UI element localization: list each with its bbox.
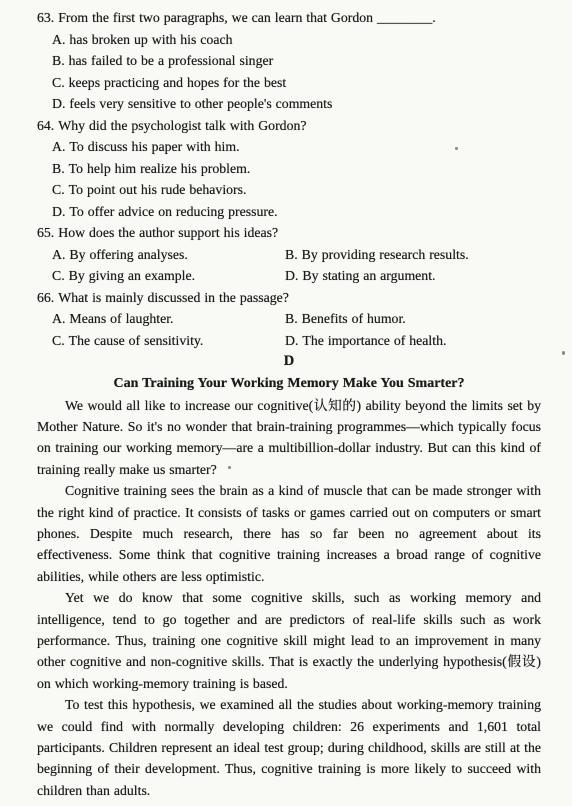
passage-paragraph: We would all like to increase our cognit… [37, 395, 541, 481]
answer-option: B.To help him realize his problem. [37, 158, 541, 180]
option-text: By providing research results. [302, 247, 469, 262]
question-block: 64.Why did the psychologist talk with Go… [37, 115, 541, 223]
question-stem-line: 63.From the first two paragraphs, we can… [37, 7, 541, 29]
question-block: 65.How does the author support his ideas… [37, 222, 541, 287]
option-text: To discuss his paper with him. [69, 139, 239, 154]
question-number: 66. [37, 290, 54, 305]
option-letter: D. [285, 268, 298, 283]
option-letter: A. [52, 139, 65, 154]
question-number: 63. [37, 10, 54, 25]
answer-option: D.The importance of health. [285, 330, 541, 352]
question-stem-line: 64.Why did the psychologist talk with Go… [37, 115, 541, 137]
question-stem-text: From the first two paragraphs, we can le… [58, 10, 435, 25]
option-text: To help him realize his problem. [69, 161, 251, 176]
question-stem-text: How does the author support his ideas? [58, 225, 278, 240]
option-letter: A. [52, 32, 65, 47]
option-letter: B. [52, 161, 65, 176]
answer-option: C.To point out his rude behaviors. [37, 179, 541, 201]
option-letter: B. [285, 247, 298, 262]
passage-title: Can Training Your Working Memory Make Yo… [37, 373, 541, 395]
option-text: feels very sensitive to other people's c… [69, 96, 332, 111]
option-letter: B. [285, 311, 298, 326]
question-stem-text: What is mainly discussed in the passage? [58, 290, 289, 305]
passage-paragraph: Cognitive training sees the brain as a k… [37, 480, 541, 587]
exam-page-scan: 63.From the first two paragraphs, we can… [0, 0, 572, 806]
question-stem-line: 66.What is mainly discussed in the passa… [37, 287, 541, 309]
passage-paragraph: Yet we do know that some cognitive skill… [37, 587, 541, 694]
option-text: The importance of health. [302, 333, 446, 348]
answer-options-grid: A.Means of laughter.B.Benefits of humor.… [37, 308, 541, 351]
answer-option: B.By providing research results. [285, 244, 541, 266]
option-text: Means of laughter. [69, 311, 173, 326]
option-letter: D. [52, 96, 65, 111]
option-text: By stating an argument. [302, 268, 435, 283]
question-number: 64. [37, 118, 54, 133]
page-content: 63.From the first two paragraphs, we can… [0, 0, 572, 801]
answer-option: A.To discuss his paper with him. [37, 136, 541, 158]
question-stem-line: 65.How does the author support his ideas… [37, 222, 541, 244]
question-block: 63.From the first two paragraphs, we can… [37, 7, 541, 115]
passage-section-label: D [37, 351, 541, 373]
option-letter: D. [285, 333, 298, 348]
passage-body: We would all like to increase our cognit… [37, 395, 541, 802]
option-letter: C. [52, 182, 65, 197]
option-text: By offering analyses. [69, 247, 187, 262]
answer-option: D.By stating an argument. [285, 265, 541, 287]
option-text: To point out his rude behaviors. [69, 182, 247, 197]
answer-option: D.feels very sensitive to other people's… [37, 93, 541, 115]
option-letter: A. [52, 247, 65, 262]
option-text: The cause of sensitivity. [69, 333, 204, 348]
option-text: has broken up with his coach [69, 32, 232, 47]
passage-paragraph: To test this hypothesis, we examined all… [37, 694, 541, 801]
answer-option: C.keeps practicing and hopes for the bes… [37, 72, 541, 94]
option-letter: C. [52, 268, 65, 283]
answer-option: B.Benefits of humor. [285, 308, 541, 330]
option-letter: A. [52, 311, 65, 326]
answer-option: A.By offering analyses. [52, 244, 285, 266]
option-text: Benefits of humor. [302, 311, 406, 326]
answer-options-grid: A.By offering analyses.B.By providing re… [37, 244, 541, 287]
option-letter: D. [52, 204, 65, 219]
question-stem-text: Why did the psychologist talk with Gordo… [58, 118, 306, 133]
option-letter: C. [52, 333, 65, 348]
option-text: By giving an example. [69, 268, 195, 283]
option-text: keeps practicing and hopes for the best [69, 75, 287, 90]
option-letter: B. [52, 53, 65, 68]
answer-option: B.has failed to be a professional singer [37, 50, 541, 72]
scan-speck [455, 147, 458, 150]
option-text: To offer advice on reducing pressure. [69, 204, 277, 219]
scan-speck [228, 466, 231, 469]
reading-questions: 63.From the first two paragraphs, we can… [37, 7, 541, 351]
answer-option: C.The cause of sensitivity. [52, 330, 285, 352]
question-number: 65. [37, 225, 54, 240]
option-letter: C. [52, 75, 65, 90]
option-text: has failed to be a professional singer [69, 53, 274, 68]
answer-option: C.By giving an example. [52, 265, 285, 287]
question-block: 66.What is mainly discussed in the passa… [37, 287, 541, 352]
answer-option: D.To offer advice on reducing pressure. [37, 201, 541, 223]
answer-option: A.has broken up with his coach [37, 29, 541, 51]
answer-option: A.Means of laughter. [52, 308, 285, 330]
scan-speck [562, 351, 565, 355]
